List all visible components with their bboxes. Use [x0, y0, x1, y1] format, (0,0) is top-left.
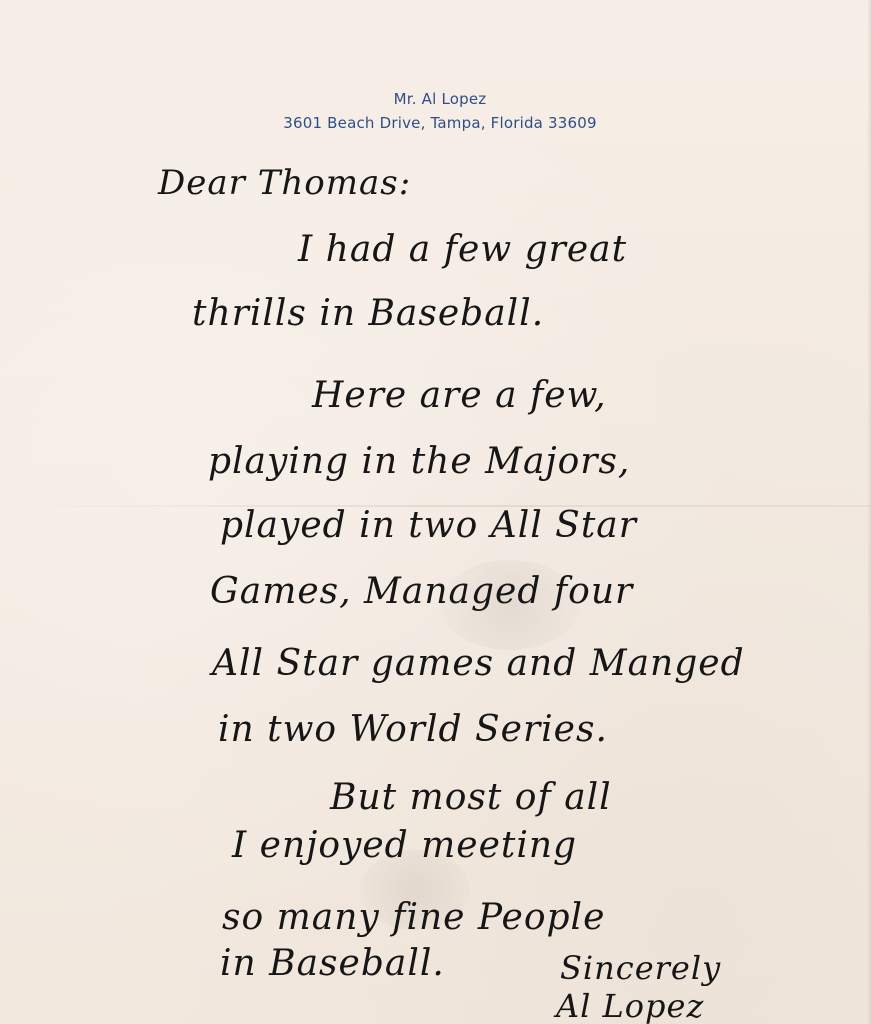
letter-line: in two World Series.	[218, 712, 608, 748]
letter-line: playing in the Majors,	[208, 444, 630, 480]
letter-line: But most of all	[330, 780, 612, 816]
letter-line: Here are a few,	[312, 378, 607, 414]
letter-line: played in two All Star	[220, 508, 637, 544]
closing: Sincerely	[560, 952, 721, 984]
signature: Al Lopez	[556, 990, 704, 1022]
letter-line: I enjoyed meeting	[232, 828, 577, 864]
letter-line: so many fine People	[222, 900, 605, 936]
letterhead-address: 3601 Beach Drive, Tampa, Florida 33609	[240, 111, 640, 135]
salutation: Dear Thomas:	[158, 166, 411, 200]
letterhead-name: Mr. Al Lopez	[240, 87, 640, 111]
letter-line: thrills in Baseball.	[192, 296, 544, 332]
letter-line: All Star games and Manged	[212, 646, 745, 682]
paper-edge-shadow	[867, 0, 871, 1024]
letter-line: in Baseball.	[220, 946, 445, 982]
letter-line: I had a few great	[298, 232, 627, 268]
letterhead: Mr. Al Lopez 3601 Beach Drive, Tampa, Fl…	[240, 87, 640, 135]
letter-line: Games, Managed four	[210, 574, 633, 610]
